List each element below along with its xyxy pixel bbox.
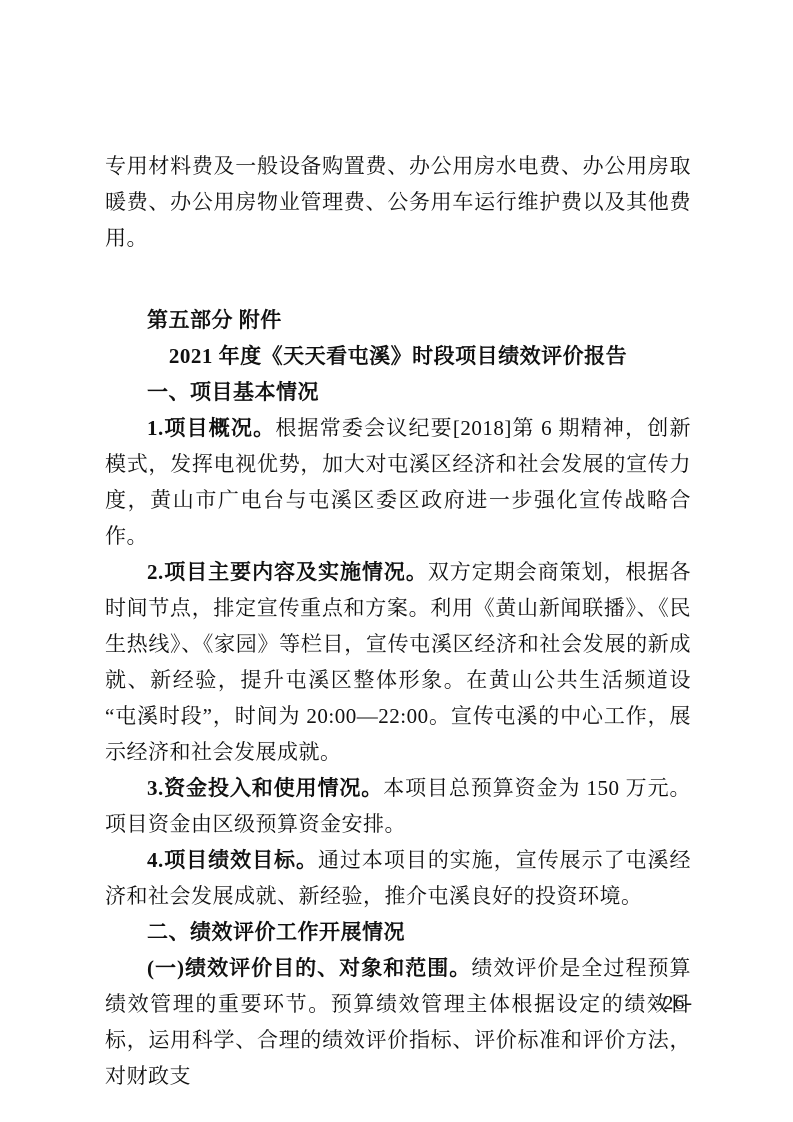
heading: 二、绩效评价工作开展情况 [105, 914, 691, 950]
paragraph: 专用材料费及一般设备购置费、办公用房水电费、办公用房取暖费、办公用房物业管理费、… [105, 148, 691, 256]
text-run-bold: 4.项目绩效目标。 [147, 848, 318, 872]
text-run-bold: (一)绩效评价目的、对象和范围。 [147, 956, 471, 980]
paragraph: 3.资金投入和使用情况。本项目总预算资金为 150 万元。项目资金由区级预算资金… [105, 770, 691, 842]
paragraph: (一)绩效评价目的、对象和范围。绩效评价是全过程预算绩效管理的重要环节。预算绩效… [105, 950, 691, 1094]
heading: 一、项目基本情况 [105, 374, 691, 410]
text-run: 专用材料费及一般设备购置费、办公用房水电费、办公用房取暖费、办公用房物业管理费、… [105, 154, 691, 250]
document-page: 专用材料费及一般设备购置费、办公用房水电费、办公用房取暖费、办公用房物业管理费、… [0, 0, 793, 1122]
text-run-bold: 一、项目基本情况 [147, 380, 319, 404]
text-run-bold: 2021 年度《天天看屯溪》时段项目绩效评价报告 [169, 344, 627, 368]
text-run-bold: 1.项目概况。 [147, 416, 275, 440]
report-title: 2021 年度《天天看屯溪》时段项目绩效评价报告 [105, 338, 691, 374]
heading: 第五部分 附件 [105, 302, 691, 338]
text-run-bold: 3.资金投入和使用情况。 [147, 776, 383, 800]
document-body: 专用材料费及一般设备购置费、办公用房水电费、办公用房取暖费、办公用房物业管理费、… [105, 148, 691, 1094]
text-run-bold: 二、绩效评价工作开展情况 [147, 920, 405, 944]
paragraph: 1.项目概况。根据常委会议纪要[2018]第 6 期精神，创新模式，发挥电视优势… [105, 410, 691, 554]
text-run-bold: 2.项目主要内容及实施情况。 [147, 560, 428, 584]
paragraph: 2.项目主要内容及实施情况。双方定期会商策划，根据各时间节点，排定宣传重点和方案… [105, 554, 691, 770]
paragraph: 4.项目绩效目标。通过本项目的实施，宣传展示了屯溪经济和社会发展成就、新经验，推… [105, 842, 691, 914]
text-run-bold: 第五部分 附件 [147, 308, 282, 332]
text-run: 双方定期会商策划，根据各时间节点，排定宣传重点和方案。利用《黄山新闻联播》、《民… [105, 560, 691, 764]
page-number: -26- [656, 992, 693, 1015]
